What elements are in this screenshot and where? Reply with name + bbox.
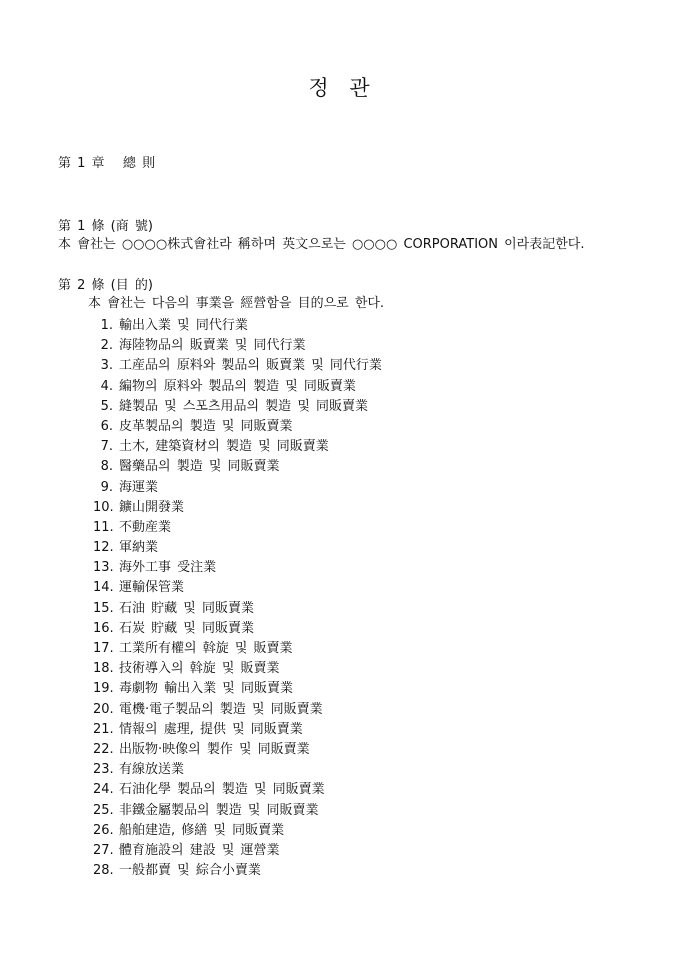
item-text: 電機·電子製品의 製造 및 同販賣業 <box>119 700 323 720</box>
list-item: 15. 石油 貯藏 및 同販賣業 <box>93 599 680 619</box>
list-item: 1. 輸出入業 및 同代行業 <box>93 316 680 336</box>
item-text: 石油 貯藏 및 同販賣業 <box>119 599 254 619</box>
item-number: 23. <box>93 760 113 780</box>
item-number: 21. <box>93 720 113 740</box>
item-number: 25. <box>93 801 113 821</box>
item-text: 海外工事 受注業 <box>119 558 216 578</box>
document-page: 정 관 第 1 章 總 則 第 1 條 (商 號) 本 會社는 ○○○○株式會社… <box>0 0 680 962</box>
item-number: 11. <box>93 518 113 538</box>
article-1-body: 本 會社는 ○○○○株式會社라 稱하며 英文으로는 ○○○○ CORPORATI… <box>58 237 680 252</box>
item-text: 毒劇物 輸出入業 및 同販賣業 <box>119 679 293 699</box>
list-item: 27. 體育施設의 建設 및 運營業 <box>93 841 680 861</box>
list-item: 24. 石油化學 製品의 製造 및 同販賣業 <box>93 780 680 800</box>
item-text: 出版物·映像의 製作 및 同販賣業 <box>119 740 310 760</box>
item-text: 縫製品 및 스포츠用品의 製造 및 同販賣業 <box>119 397 368 417</box>
item-text: 技術導入의 斡旋 및 販賣業 <box>119 659 280 679</box>
item-text: 海運業 <box>119 478 158 498</box>
list-item: 14. 運輸保管業 <box>93 578 680 598</box>
item-number: 9. <box>93 478 113 498</box>
article-1-heading: 第 1 條 (商 號) <box>58 219 680 234</box>
list-item: 6. 皮革製品의 製造 및 同販賣業 <box>93 417 680 437</box>
chapter-heading: 第 1 章 總 則 <box>58 156 680 171</box>
item-text: 體育施設의 建設 및 運營業 <box>119 841 280 861</box>
list-item: 16. 石炭 貯藏 및 同販賣業 <box>93 619 680 639</box>
page-title: 정 관 <box>0 0 680 100</box>
item-text: 海陸物品의 販賣業 및 同代行業 <box>119 336 306 356</box>
list-item: 17. 工業所有權의 斡旋 및 販賣業 <box>93 639 680 659</box>
list-item: 4. 編物의 原料와 製品의 製造 및 同販賣業 <box>93 377 680 397</box>
item-number: 4. <box>93 377 113 397</box>
item-text: 工産品의 原料와 製品의 販賣業 및 同代行業 <box>119 356 382 376</box>
item-text: 石炭 貯藏 및 同販賣業 <box>119 619 254 639</box>
item-number: 17. <box>93 639 113 659</box>
list-item: 22. 出版物·映像의 製作 및 同販賣業 <box>93 740 680 760</box>
item-number: 1. <box>93 316 113 336</box>
item-number: 16. <box>93 619 113 639</box>
list-item: 9. 海運業 <box>93 478 680 498</box>
item-number: 12. <box>93 538 113 558</box>
item-number: 22. <box>93 740 113 760</box>
list-item: 3. 工産品의 原料와 製品의 販賣業 및 同代行業 <box>93 356 680 376</box>
list-item: 25. 非鐵金屬製品의 製造 및 同販賣業 <box>93 801 680 821</box>
item-number: 2. <box>93 336 113 356</box>
list-item: 5. 縫製品 및 스포츠用品의 製造 및 同販賣業 <box>93 397 680 417</box>
item-number: 5. <box>93 397 113 417</box>
business-items-list: 1. 輸出入業 및 同代行業 2. 海陸物品의 販賣業 및 同代行業 3. 工産… <box>93 316 680 881</box>
article-2-intro: 本 會社는 다음의 事業을 經營함을 目的으로 한다. <box>88 296 680 311</box>
item-text: 情報의 處理, 提供 및 同販賣業 <box>119 720 303 740</box>
list-item: 7. 土木, 建築資材의 製造 및 同販賣業 <box>93 437 680 457</box>
item-text: 軍納業 <box>119 538 158 558</box>
item-number: 3. <box>93 356 113 376</box>
item-text: 醫藥品의 製造 및 同販賣業 <box>119 457 280 477</box>
item-number: 10. <box>93 498 113 518</box>
item-text: 有線放送業 <box>119 760 184 780</box>
list-item: 10. 鑛山開發業 <box>93 498 680 518</box>
list-item: 11. 不動産業 <box>93 518 680 538</box>
item-text: 鑛山開發業 <box>119 498 184 518</box>
list-item: 8. 醫藥品의 製造 및 同販賣業 <box>93 457 680 477</box>
list-item: 18. 技術導入의 斡旋 및 販賣業 <box>93 659 680 679</box>
item-number: 7. <box>93 437 113 457</box>
item-number: 27. <box>93 841 113 861</box>
item-text: 不動産業 <box>119 518 171 538</box>
item-number: 6. <box>93 417 113 437</box>
item-number: 14. <box>93 578 113 598</box>
item-text: 編物의 原料와 製品의 製造 및 同販賣業 <box>119 377 356 397</box>
item-number: 19. <box>93 679 113 699</box>
item-text: 一般都賣 및 綜合小賣業 <box>119 861 261 881</box>
item-text: 非鐵金屬製品의 製造 및 同販賣業 <box>119 801 319 821</box>
list-item: 13. 海外工事 受注業 <box>93 558 680 578</box>
list-item: 21. 情報의 處理, 提供 및 同販賣業 <box>93 720 680 740</box>
item-number: 15. <box>93 599 113 619</box>
list-item: 28. 一般都賣 및 綜合小賣業 <box>93 861 680 881</box>
item-number: 20. <box>93 700 113 720</box>
list-item: 2. 海陸物品의 販賣業 및 同代行業 <box>93 336 680 356</box>
item-number: 13. <box>93 558 113 578</box>
list-item: 20. 電機·電子製品의 製造 및 同販賣業 <box>93 700 680 720</box>
list-item: 23. 有線放送業 <box>93 760 680 780</box>
item-number: 26. <box>93 821 113 841</box>
item-number: 24. <box>93 780 113 800</box>
item-text: 輸出入業 및 同代行業 <box>119 316 248 336</box>
item-text: 工業所有權의 斡旋 및 販賣業 <box>119 639 293 659</box>
item-text: 土木, 建築資材의 製造 및 同販賣業 <box>119 437 329 457</box>
list-item: 12. 軍納業 <box>93 538 680 558</box>
item-number: 8. <box>93 457 113 477</box>
article-2-heading: 第 2 條 (目 的) <box>58 278 680 293</box>
item-number: 18. <box>93 659 113 679</box>
item-text: 船舶建造, 修繕 및 同販賣業 <box>119 821 284 841</box>
list-item: 26. 船舶建造, 修繕 및 同販賣業 <box>93 821 680 841</box>
item-text: 石油化學 製品의 製造 및 同販賣業 <box>119 780 325 800</box>
list-item: 19. 毒劇物 輸出入業 및 同販賣業 <box>93 679 680 699</box>
item-text: 皮革製品의 製造 및 同販賣業 <box>119 417 293 437</box>
item-number: 28. <box>93 861 113 881</box>
item-text: 運輸保管業 <box>119 578 184 598</box>
